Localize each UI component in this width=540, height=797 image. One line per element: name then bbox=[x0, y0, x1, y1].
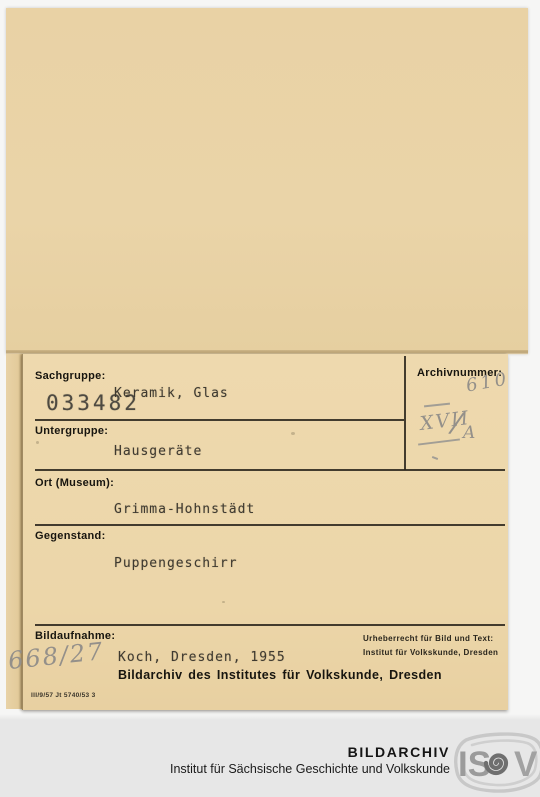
form-rule bbox=[35, 524, 505, 526]
logo-letter-v: V bbox=[514, 745, 538, 784]
form-rule bbox=[35, 469, 505, 471]
isgv-logo-graphic: IS V bbox=[452, 731, 540, 795]
form-rule bbox=[35, 624, 505, 626]
footer-subtitle: Institut für Sächsische Geschichte und V… bbox=[170, 762, 450, 776]
field-value-untergruppe: Hausgeräte bbox=[114, 444, 202, 459]
field-value-ort-museum: Grimma-Hohnstädt bbox=[114, 502, 255, 517]
form-rule bbox=[35, 419, 404, 421]
field-value-gegenstand: Puppengeschirr bbox=[114, 556, 238, 571]
paper-speck bbox=[36, 441, 39, 444]
isgv-logo: IS V bbox=[452, 731, 540, 795]
pencil-code-letter: A bbox=[463, 423, 475, 443]
card-imprint: Bildarchiv des Institutes für Volkskunde… bbox=[118, 668, 442, 682]
copyright-line-1: Urheberrecht für Bild und Text: bbox=[363, 634, 493, 643]
paper-speck bbox=[222, 601, 225, 603]
form-rule-vertical bbox=[404, 356, 406, 470]
field-label-untergruppe: Untergruppe: bbox=[35, 425, 108, 437]
print-shop-code: III/9/57 Jt 5740/53 3 bbox=[31, 692, 95, 699]
copyright-line-2: Institut für Volkskunde, Dresden bbox=[363, 648, 498, 657]
paper-speck bbox=[291, 432, 295, 435]
field-label-ort-museum: Ort (Museum): bbox=[35, 477, 114, 489]
card-back-flap bbox=[6, 8, 528, 354]
field-value-sachgruppe: Keramik, Glas bbox=[114, 386, 229, 401]
field-label-gegenstand: Gegenstand: bbox=[35, 530, 106, 542]
field-label-sachgruppe: Sachgruppe: bbox=[35, 370, 106, 382]
footer-title: BILDARCHIV bbox=[348, 744, 450, 760]
field-value-bildaufnahme: Koch, Dresden, 1955 bbox=[118, 650, 286, 665]
scanned-archive-card-page: { "card": { "sachgruppe": { "label": "Sa… bbox=[0, 0, 540, 797]
